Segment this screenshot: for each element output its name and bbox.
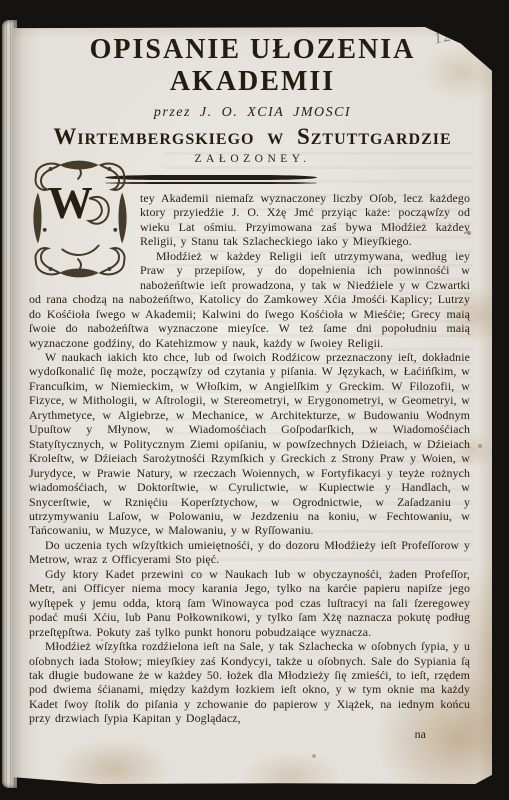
paragraph-text: tey Akademii niemaſz wyznaczoney liczby … xyxy=(140,191,470,248)
drop-cap-letter: W xyxy=(48,178,93,228)
rule-thick-line xyxy=(105,175,317,180)
paragraph: W tey Akademii niemaſz wyznaczoney liczb… xyxy=(29,191,470,249)
byline: przez J. O. XCIA JMOSCI xyxy=(13,105,492,121)
handwritten-page-number: 12 xyxy=(432,27,453,48)
rule-thin-line xyxy=(105,182,317,184)
paragraph: Młodźież wſzyſtka rozdźielona ieſt na Sa… xyxy=(29,639,470,726)
institution-line: Wirtembergskiego w Sztuttgardzie xyxy=(13,124,492,150)
ornamental-initial-w-icon: W xyxy=(29,157,131,281)
body-text: W tey Akademii niemaſz wyznaczoney liczb… xyxy=(29,191,470,741)
paper-page: 12 OPISANIE UŁOZENIA AKADEMII przez J. O… xyxy=(13,27,492,784)
paragraph: W naukach iakich kto chce, lub od ſwoich… xyxy=(29,350,470,538)
catchword: na xyxy=(29,727,470,741)
paragraph: Gdy ktory Kadet przewini co w Naukach lu… xyxy=(29,567,470,639)
page-title: OPISANIE UŁOZENIA AKADEMII xyxy=(13,34,492,98)
scanned-book-page: 12 OPISANIE UŁOZENIA AKADEMII przez J. O… xyxy=(0,0,509,800)
ornamental-rule xyxy=(105,175,317,184)
paragraph: Do uczenia tych wſzyſtkich umieiętnośći,… xyxy=(29,538,470,567)
